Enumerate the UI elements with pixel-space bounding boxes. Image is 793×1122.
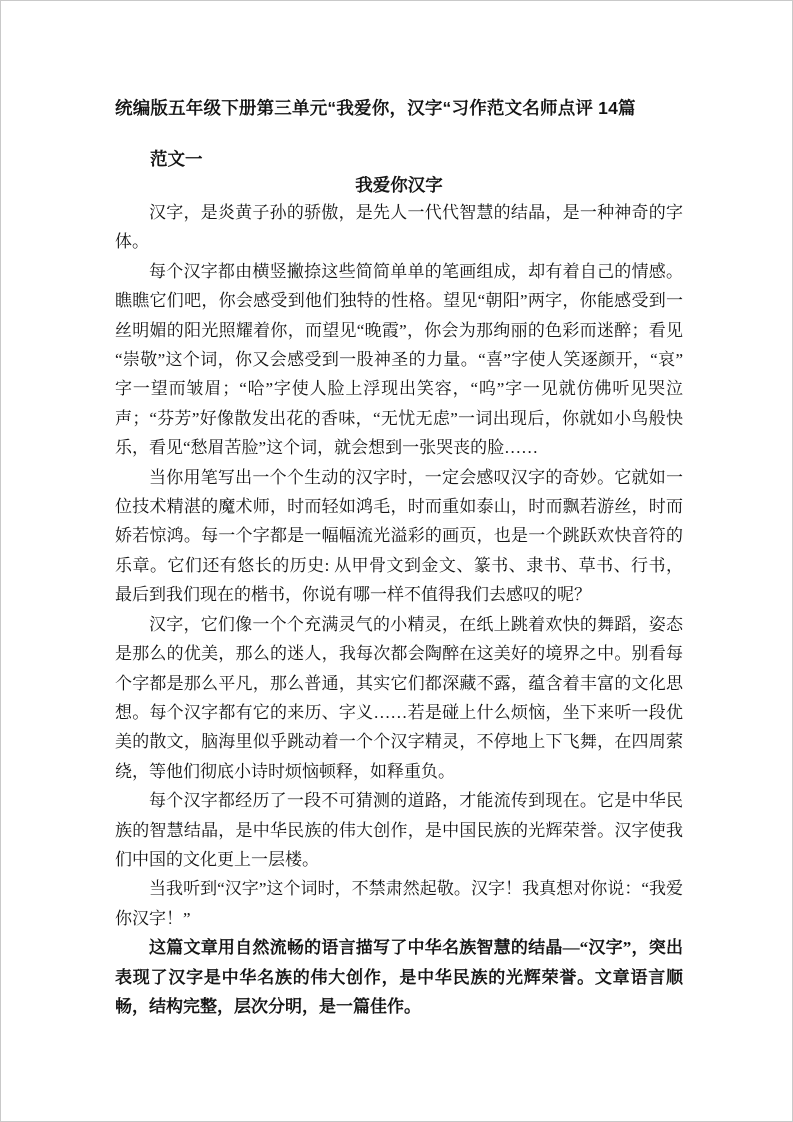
essay-paragraph: 汉字，是炎黄子孙的骄傲，是先人一代代智慧的结晶，是一种神奇的字体。 bbox=[115, 198, 683, 257]
essay-paragraph: 每个汉字都由横竖撇捺这些简简单单的笔画组成，却有着自己的情感。瞧瞧它们吧，你会感… bbox=[115, 257, 683, 463]
essay-paragraph: 每个汉字都经历了一段不可猜测的道路，才能流传到现在。它是中华民族的智慧结晶，是中… bbox=[115, 786, 683, 874]
document-content: 统编版五年级下册第三单元“我爱你，汉字“习作范文名师点评 14篇 范文一 我爱你… bbox=[115, 1, 683, 1021]
document-title: 统编版五年级下册第三单元“我爱你，汉字“习作范文名师点评 14篇 bbox=[115, 95, 683, 121]
teacher-comment: 这篇文章用自然流畅的语言描写了中华名族智慧的结晶—“汉字”，突出表现了汉字是中华… bbox=[115, 933, 683, 1021]
section-label: 范文一 bbox=[115, 146, 683, 172]
essay-paragraph: 当我听到“汉字”这个词时，不禁肃然起敬。汉字！我真想对你说：“我爱你汉字！” bbox=[115, 874, 683, 933]
document-page: 统编版五年级下册第三单元“我爱你，汉字“习作范文名师点评 14篇 范文一 我爱你… bbox=[0, 0, 793, 1122]
essay-paragraph: 当你用笔写出一个个生动的汉字时，一定会感叹汉字的奇妙。它就如一位技术精湛的魔术师… bbox=[115, 463, 683, 610]
essay-body: 汉字，是炎黄子孙的骄傲，是先人一代代智慧的结晶，是一种神奇的字体。 每个汉字都由… bbox=[115, 198, 683, 1021]
essay-title: 我爱你汉字 bbox=[115, 172, 683, 198]
essay-paragraph: 汉字，它们像一个个充满灵气的小精灵，在纸上跳着欢快的舞蹈，姿态是那么的优美，那么… bbox=[115, 610, 683, 786]
